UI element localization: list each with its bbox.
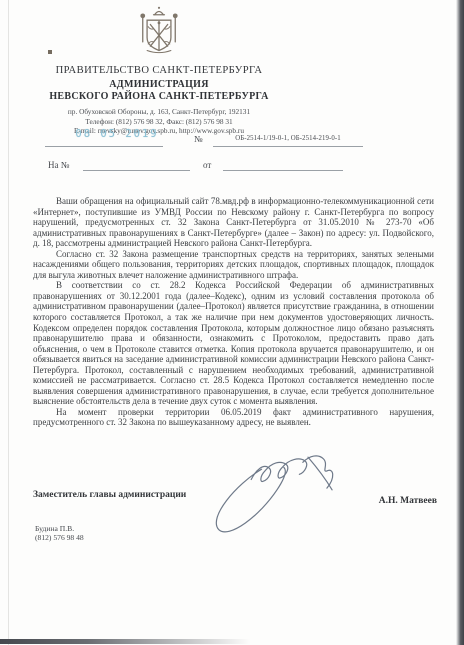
letterhead: ПРАВИТЕЛЬСТВО САНКТ-ПЕТЕРБУРГА АДМИНИСТР… [25,6,293,136]
postal-address: пр. Обуховской Обороны, д. 163, Санкт-Пе… [25,107,293,117]
government-title: ПРАВИТЕЛЬСТВО САНКТ-ПЕТЕРБУРГА [25,65,293,76]
scan-edge-right [456,0,464,645]
reply-to-underline [83,170,190,171]
organization-line2: НЕВСКОГО РАЙОНА САНКТ-ПЕТЕРБУРГА [25,91,293,103]
scan-edge-left [8,0,9,645]
date-underline [45,146,163,147]
executor-block: Будина П.В. (812) 576 98 48 [35,524,84,543]
paragraph-1: Ваши обращения на официальный сайт 78.мв… [33,196,434,249]
from-date-underline [223,170,343,171]
letter-body: Ваши обращения на официальный сайт 78.мв… [33,196,434,428]
signer-position: Заместитель главы администрации [33,490,186,500]
paragraph-2: Согласно ст. 32 Закона размещение трансп… [33,249,434,281]
number-underline [213,146,363,147]
saint-petersburg-coat-of-arms-icon [133,6,185,61]
phone-fax: Телефон: (812) 576 98 32, Факс: (812) 57… [25,117,293,127]
scanned-letter-page: ПРАВИТЕЛЬСТВО САНКТ-ПЕТЕРБУРГА АДМИНИСТР… [0,0,464,645]
handwritten-signature-icon [186,452,356,538]
scan-shadow-bottom [0,639,250,644]
organization-name: АДМИНИСТРАЦИЯ НЕВСКОГО РАЙОНА САНКТ-ПЕТЕ… [25,79,293,103]
outgoing-number: ОБ-2514-1/19-0-1, ОБ-2514-219-0-1 [213,135,363,142]
from-date-label: от [203,160,211,170]
number-label: № [194,134,203,144]
executor-name: Будина П.В. [35,524,84,533]
signer-name: А.Н. Матвеев [379,496,437,506]
date-stamp: 08 05 2019 [62,128,172,140]
executor-phone: (812) 576 98 48 [35,533,84,542]
paragraph-3: В соответствии со ст. 28.2 Кодекса Росси… [33,280,434,407]
paragraph-4: На момент проверки территории 06.05.2019… [33,407,434,428]
organization-line1: АДМИНИСТРАЦИЯ [25,79,293,91]
reply-to-label: На № [48,160,69,170]
